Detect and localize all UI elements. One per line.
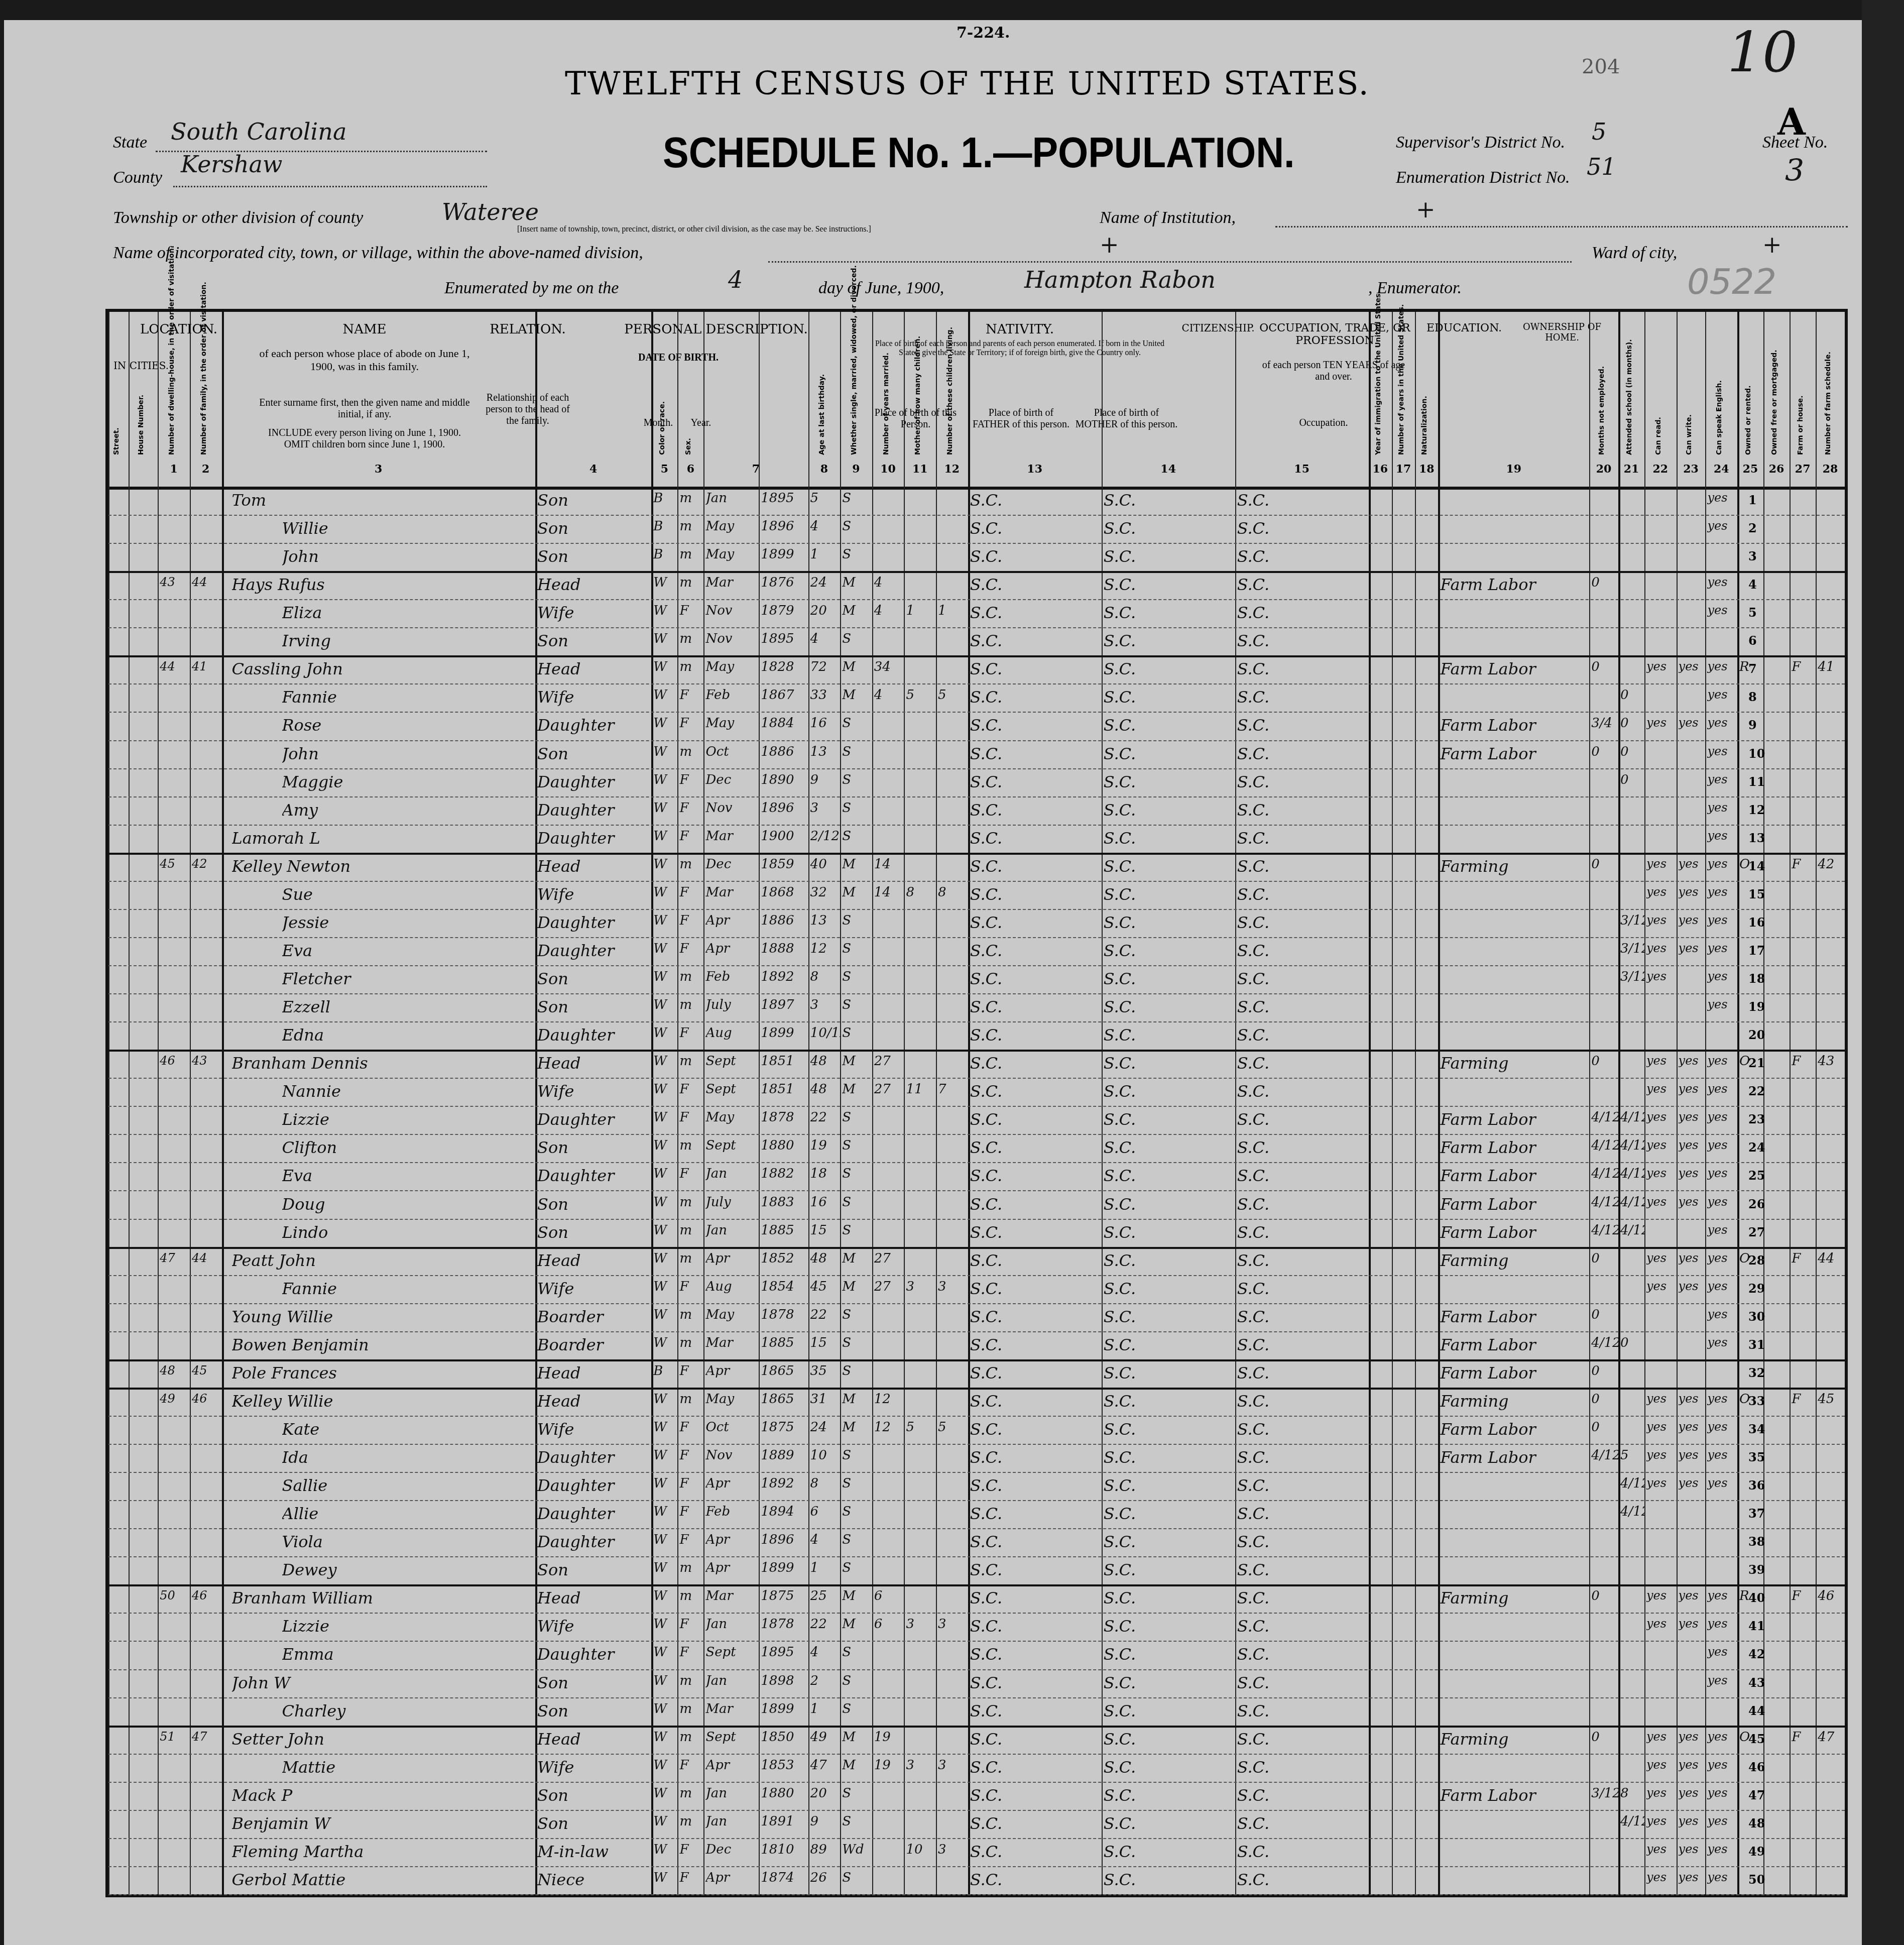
institution-line xyxy=(1275,226,1848,227)
cell-pob: S.C. xyxy=(970,1476,1102,1495)
institution-value: + xyxy=(1416,196,1436,223)
line-number: 29 xyxy=(1748,1281,1765,1296)
cell-month: Mar xyxy=(705,575,759,590)
cell-rel: Boarder xyxy=(537,1307,651,1326)
cell-name: Willie xyxy=(282,519,536,538)
cell-sch: 3/12 xyxy=(1620,941,1644,956)
occupation-description: of each person TEN YEARS of age and over… xyxy=(1258,360,1409,383)
cell-pob: S.C. xyxy=(970,1870,1102,1889)
cell-mu: 4/12 xyxy=(1591,1138,1618,1153)
cell-sch: 4/12 xyxy=(1620,1814,1644,1829)
table-row: Young WillieBoarderWmMay187822SS.C.S.C.S… xyxy=(108,1303,1845,1332)
cell-pobm: S.C. xyxy=(1237,744,1369,763)
cell-pobm: S.C. xyxy=(1237,1279,1369,1298)
cell-occ: Farm Labor xyxy=(1440,659,1589,678)
cell-sch: 0 xyxy=(1620,1335,1644,1350)
cell-month: May xyxy=(705,1110,759,1125)
table-row: RoseDaughterWFMay188416SS.C.S.C.S.C.Farm… xyxy=(108,712,1845,741)
table-row: JessieDaughterWFApr188613SS.C.S.C.S.C.3/… xyxy=(108,909,1845,938)
cell-name: Maggie xyxy=(282,772,536,791)
cell-mar: S xyxy=(842,1504,872,1519)
cell-pobm: S.C. xyxy=(1237,1082,1369,1101)
cell-mar: M xyxy=(842,1279,872,1294)
cell-sch: 4/12 xyxy=(1620,1476,1644,1491)
cell-pobm: S.C. xyxy=(1237,1363,1369,1383)
cell-mar: S xyxy=(842,1335,872,1350)
cell-pob: S.C. xyxy=(970,772,1102,791)
cell-color: W xyxy=(653,575,677,590)
cell-name: Pole Frances xyxy=(232,1363,536,1383)
cell-rel: Son xyxy=(537,1138,651,1157)
table-row: FannieWifeWFAug185445M2733S.C.S.C.S.C.ye… xyxy=(108,1275,1845,1304)
cell-sex: m xyxy=(679,575,703,590)
cell-sch: 3/12 xyxy=(1620,913,1644,928)
cell-name: Jessie xyxy=(282,913,536,932)
cell-age: 15 xyxy=(810,1223,841,1238)
cell-age: 9 xyxy=(810,1814,841,1829)
column-number: 9 xyxy=(840,463,872,476)
cell-ym: 19 xyxy=(874,1730,904,1745)
cell-mc: 8 xyxy=(906,885,936,900)
cell-month: Sept xyxy=(705,1645,759,1660)
cell-pob: S.C. xyxy=(970,1335,1102,1354)
cell-write: yes xyxy=(1679,1476,1706,1490)
cell-mu: 0 xyxy=(1591,857,1618,872)
cell-speak: yes xyxy=(1707,1645,1737,1659)
cell-fam: 45 xyxy=(192,1363,222,1378)
cell-name: Lamorah L xyxy=(232,829,536,848)
cell-speak: yes xyxy=(1707,1138,1737,1152)
cell-color: W xyxy=(653,1223,677,1238)
cell-read: yes xyxy=(1646,1054,1677,1068)
cell-mar: M xyxy=(842,1082,872,1097)
cell-speak: yes xyxy=(1707,772,1737,786)
cell-write: yes xyxy=(1679,1588,1706,1603)
cell-pobm: S.C. xyxy=(1237,1758,1369,1777)
cell-age: 22 xyxy=(810,1307,841,1322)
cell-pobm: S.C. xyxy=(1237,575,1369,594)
cell-month: Apr xyxy=(705,1870,759,1885)
cell-speak: yes xyxy=(1707,688,1737,702)
cell-month: Nov xyxy=(705,631,759,646)
township-note: [Insert name of township, town, precinct… xyxy=(517,225,871,234)
line-number: 1 xyxy=(1748,493,1757,507)
cell-age: 5 xyxy=(810,491,841,506)
column-number: 21 xyxy=(1618,463,1644,476)
cell-pob: S.C. xyxy=(970,1786,1102,1805)
cell-month: Apr xyxy=(705,1532,759,1547)
cell-sex: m xyxy=(679,519,703,534)
cell-speak: yes xyxy=(1707,716,1737,730)
cell-sex: m xyxy=(679,1223,703,1238)
line-number: 14 xyxy=(1748,859,1765,873)
cell-year: 1899 xyxy=(761,1025,808,1041)
cell-age: 6 xyxy=(810,1504,841,1519)
cell-month: Jan xyxy=(705,491,759,506)
cell-month: Dec xyxy=(705,772,759,787)
cell-speak: yes xyxy=(1707,1814,1737,1828)
cell-cl: 7 xyxy=(938,1082,968,1097)
cell-pob: S.C. xyxy=(970,688,1102,707)
cell-mar: M xyxy=(842,1730,872,1745)
cell-year: 1888 xyxy=(761,941,808,956)
cell-color: W xyxy=(653,688,677,703)
vertical-header-color: Color or race. xyxy=(658,360,666,455)
cell-fam: 44 xyxy=(192,575,222,589)
table-row: AllieDaughterWFFeb18946SS.C.S.C.S.C.4/12 xyxy=(108,1500,1845,1529)
cell-write: yes xyxy=(1679,1758,1706,1772)
cell-sex: m xyxy=(679,491,703,506)
cell-sch: 3/12 xyxy=(1620,969,1644,984)
cell-pobm: S.C. xyxy=(1237,688,1369,707)
cell-rel: Son xyxy=(537,519,651,538)
cell-name: Branham William xyxy=(232,1588,536,1608)
cell-farm: F xyxy=(1792,1730,1816,1745)
institution-label: Name of Institution, xyxy=(1100,208,1236,227)
cell-pob: S.C. xyxy=(970,800,1102,820)
state-label: State xyxy=(113,133,147,152)
cell-pob: S.C. xyxy=(970,491,1102,510)
line-number: 9 xyxy=(1748,718,1757,732)
column-number: 4 xyxy=(535,463,651,476)
cell-name: Fannie xyxy=(282,1279,536,1298)
cell-rel: Daughter xyxy=(537,1532,651,1551)
line-number: 24 xyxy=(1748,1140,1765,1155)
cell-pob: S.C. xyxy=(970,519,1102,538)
cell-pobf: S.C. xyxy=(1104,1363,1235,1383)
vertical-header-speak: Can speak English. xyxy=(1715,360,1723,455)
line-number: 49 xyxy=(1748,1844,1765,1859)
line-number: 46 xyxy=(1748,1760,1765,1774)
cell-mu: 4/12 xyxy=(1591,1195,1618,1210)
cell-speak: yes xyxy=(1707,1617,1737,1631)
cell-write: yes xyxy=(1679,1166,1706,1180)
cell-month: Mar xyxy=(705,1588,759,1604)
cell-cl: 3 xyxy=(938,1279,968,1294)
cell-age: 89 xyxy=(810,1842,841,1857)
cell-year: 1899 xyxy=(761,1701,808,1717)
cell-speak: yes xyxy=(1707,1786,1737,1800)
cell-age: 24 xyxy=(810,575,841,590)
cell-pob: S.C. xyxy=(970,631,1102,650)
cell-year: 1867 xyxy=(761,688,808,703)
cell-pobm: S.C. xyxy=(1237,491,1369,510)
cell-mar: S xyxy=(842,744,872,759)
column-number: 16 xyxy=(1369,463,1392,476)
cell-name: John xyxy=(282,547,536,566)
cell-age: 4 xyxy=(810,631,841,646)
cell-sex: F xyxy=(679,1758,703,1773)
cell-dw: 47 xyxy=(160,1251,190,1265)
cell-pobm: S.C. xyxy=(1237,941,1369,960)
cell-occ: Farm Labor xyxy=(1440,1110,1589,1129)
cell-year: 1886 xyxy=(761,744,808,759)
cell-write: yes xyxy=(1679,716,1706,730)
nativity-header: NATIVITY. xyxy=(862,322,1178,337)
cell-name: Clifton xyxy=(282,1138,536,1157)
cell-cl: 8 xyxy=(938,885,968,900)
cell-mar: S xyxy=(842,772,872,787)
cell-read: yes xyxy=(1646,1082,1677,1096)
cell-pobf: S.C. xyxy=(1104,547,1235,566)
cell-age: 10 xyxy=(810,1448,841,1463)
cell-speak: yes xyxy=(1707,1054,1737,1068)
cell-pobf: S.C. xyxy=(1104,1617,1235,1636)
cell-rel: Daughter xyxy=(537,1476,651,1495)
cell-name: Kate xyxy=(282,1420,536,1439)
cell-year: 1899 xyxy=(761,1560,808,1575)
cell-pobf: S.C. xyxy=(1104,1251,1235,1270)
cell-rel: M-in-law xyxy=(537,1842,651,1861)
cell-mar: M xyxy=(842,1392,872,1407)
cell-sched: 43 xyxy=(1818,1054,1845,1069)
cell-age: 22 xyxy=(810,1617,841,1632)
cell-pob: S.C. xyxy=(970,547,1102,566)
cell-color: W xyxy=(653,857,677,872)
cell-year: 1885 xyxy=(761,1223,808,1238)
cell-rel: Head xyxy=(537,1730,651,1749)
table-row: 4441Cassling JohnHeadWmMay182872M34S.C.S… xyxy=(108,655,1845,684)
cell-speak: yes xyxy=(1707,1223,1737,1237)
cell-rel: Son xyxy=(537,491,651,510)
cell-year: 1852 xyxy=(761,1251,808,1266)
line-number: 26 xyxy=(1748,1197,1765,1211)
cell-ym: 4 xyxy=(874,603,904,618)
cell-pobm: S.C. xyxy=(1237,519,1369,538)
cell-sex: m xyxy=(679,1786,703,1801)
cell-age: 47 xyxy=(810,1758,841,1773)
vertical-header-street: Street. xyxy=(112,360,121,455)
cell-fam: 47 xyxy=(192,1730,222,1744)
relation-header: RELATION. xyxy=(480,322,575,337)
cell-month: Aug xyxy=(705,1025,759,1041)
line-number: 42 xyxy=(1748,1647,1765,1661)
cell-mar: M xyxy=(842,575,872,590)
line-number: 33 xyxy=(1748,1394,1765,1408)
cell-mu: 3/4 xyxy=(1591,716,1618,731)
table-row: John WSonWmJan18982SS.C.S.C.S.C.yes xyxy=(108,1669,1845,1698)
cell-cl: 3 xyxy=(938,1842,968,1857)
cell-name: Nannie xyxy=(282,1082,536,1101)
cell-mu: 0 xyxy=(1591,744,1618,759)
cell-pobf: S.C. xyxy=(1104,1420,1235,1439)
cell-pobf: S.C. xyxy=(1104,772,1235,791)
cell-color: W xyxy=(653,1645,677,1660)
cell-dw: 50 xyxy=(160,1588,190,1603)
cell-age: 4 xyxy=(810,1645,841,1660)
cell-pob: S.C. xyxy=(970,1392,1102,1411)
line-number: 47 xyxy=(1748,1788,1765,1802)
cell-mc: 1 xyxy=(906,603,936,618)
cell-pobm: S.C. xyxy=(1237,603,1369,622)
cell-color: W xyxy=(653,1251,677,1266)
cell-read: yes xyxy=(1646,659,1677,673)
cell-rel: Daughter xyxy=(537,1166,651,1185)
column-number: 28 xyxy=(1816,463,1845,476)
cell-pobm: S.C. xyxy=(1237,1110,1369,1129)
line-number: 41 xyxy=(1748,1619,1765,1633)
cell-age: 4 xyxy=(810,1532,841,1547)
cell-sch: 0 xyxy=(1620,772,1644,787)
cell-sex: m xyxy=(679,1138,703,1153)
cell-sex: m xyxy=(679,1560,703,1575)
cell-month: May xyxy=(705,519,759,534)
cell-year: 1828 xyxy=(761,659,808,674)
cell-rel: Daughter xyxy=(537,1110,651,1129)
sheet-label: Sheet No. xyxy=(1762,133,1828,152)
cell-occ: Farm Labor xyxy=(1440,1448,1589,1467)
cell-sex: F xyxy=(679,1166,703,1181)
cell-name: Lindo xyxy=(282,1223,536,1242)
cell-name: Doug xyxy=(282,1195,536,1214)
line-number: 39 xyxy=(1748,1562,1765,1577)
cell-pob: S.C. xyxy=(970,1532,1102,1551)
vertical-header-write: Can write. xyxy=(1685,360,1693,455)
cell-read: yes xyxy=(1646,1842,1677,1856)
cell-month: May xyxy=(705,1392,759,1407)
cell-color: W xyxy=(653,1082,677,1097)
cell-month: Oct xyxy=(705,1420,759,1435)
cell-sch: 4/12 xyxy=(1620,1110,1644,1125)
cell-sch: 4/12 xyxy=(1620,1223,1644,1238)
cell-occ: Farm Labor xyxy=(1440,1307,1589,1326)
table-row: DougSonWmJuly188316SS.C.S.C.S.C.Farm Lab… xyxy=(108,1191,1845,1220)
cell-sex: m xyxy=(679,997,703,1012)
cell-mar: S xyxy=(842,1110,872,1125)
cell-age: 48 xyxy=(810,1082,841,1097)
reel-number: 0522 xyxy=(1687,261,1776,302)
column-number: 1 xyxy=(158,463,190,476)
cell-ym: 6 xyxy=(874,1588,904,1604)
cell-name: Peatt John xyxy=(232,1251,536,1270)
cell-mar: M xyxy=(842,688,872,703)
township-value: Wateree xyxy=(442,198,539,225)
cell-mu: 0 xyxy=(1591,575,1618,590)
cell-mu: 0 xyxy=(1591,1392,1618,1407)
cell-name: John xyxy=(282,744,536,763)
cell-occ: Farm Labor xyxy=(1440,1138,1589,1157)
cell-year: 1880 xyxy=(761,1138,808,1153)
cell-name: Irving xyxy=(282,631,536,650)
cell-sex: m xyxy=(679,547,703,562)
cell-rel: Son xyxy=(537,1560,651,1579)
cell-year: 1890 xyxy=(761,772,808,787)
line-number: 10 xyxy=(1748,746,1765,761)
table-row: Mack PSonWmJan188020SS.C.S.C.S.C.Farm La… xyxy=(108,1782,1845,1811)
cell-pob: S.C. xyxy=(970,997,1102,1016)
cell-age: 13 xyxy=(810,744,841,759)
cell-speak: yes xyxy=(1707,603,1737,617)
cell-year: 1879 xyxy=(761,603,808,618)
cell-month: Apr xyxy=(705,913,759,928)
table-row: SueWifeWFMar186832M1488S.C.S.C.S.C.yesye… xyxy=(108,881,1845,910)
cell-pobf: S.C. xyxy=(1104,913,1235,932)
cell-pob: S.C. xyxy=(970,1082,1102,1101)
cell-age: 4 xyxy=(810,519,841,534)
cell-rel: Wife xyxy=(537,688,651,707)
cell-month: Jan xyxy=(705,1814,759,1829)
cell-pobf: S.C. xyxy=(1104,1307,1235,1326)
cell-age: 31 xyxy=(810,1392,841,1407)
cell-pob: S.C. xyxy=(970,1645,1102,1664)
cell-pobf: S.C. xyxy=(1104,1223,1235,1242)
cell-occ: Farm Labor xyxy=(1440,1223,1589,1242)
cell-dw: 49 xyxy=(160,1392,190,1406)
cell-name: Mack P xyxy=(232,1786,536,1805)
cell-month: May xyxy=(705,716,759,731)
cell-sex: m xyxy=(679,1673,703,1688)
cell-mar: M xyxy=(842,659,872,674)
cell-sex: m xyxy=(679,1392,703,1407)
cell-write: yes xyxy=(1679,1617,1706,1631)
cell-sex: m xyxy=(679,631,703,646)
cell-month: Mar xyxy=(705,1335,759,1350)
cell-mu: 0 xyxy=(1591,1730,1618,1745)
line-number: 43 xyxy=(1748,1675,1765,1690)
cell-pob: S.C. xyxy=(970,1701,1102,1721)
cell-pobm: S.C. xyxy=(1237,829,1369,848)
cell-age: 19 xyxy=(810,1138,841,1153)
cell-pob: S.C. xyxy=(970,913,1102,932)
enumeration-value: 51 xyxy=(1587,153,1616,180)
cell-color: W xyxy=(653,1476,677,1491)
cell-mar: S xyxy=(842,716,872,731)
stamp-number: 204 xyxy=(1582,55,1620,78)
cell-write: yes xyxy=(1679,1870,1706,1884)
cell-occ: Farm Labor xyxy=(1440,1420,1589,1439)
cell-ym: 27 xyxy=(874,1251,904,1266)
cell-age: 24 xyxy=(810,1420,841,1435)
cell-pobm: S.C. xyxy=(1237,631,1369,650)
cell-year: 1851 xyxy=(761,1054,808,1069)
cell-month: Dec xyxy=(705,1842,759,1857)
cell-pobm: S.C. xyxy=(1237,1842,1369,1861)
cell-fam: 46 xyxy=(192,1392,222,1406)
cell-name: Bowen Benjamin xyxy=(232,1335,536,1354)
cell-year: 1899 xyxy=(761,547,808,562)
cell-fam: 44 xyxy=(192,1251,222,1265)
cell-pobm: S.C. xyxy=(1237,1392,1369,1411)
cell-ym: 4 xyxy=(874,688,904,703)
cell-pobf: S.C. xyxy=(1104,1082,1235,1101)
cell-occ: Farm Labor xyxy=(1440,716,1589,735)
cell-speak: yes xyxy=(1707,744,1737,758)
cell-mar: S xyxy=(842,941,872,956)
cell-pob: S.C. xyxy=(970,941,1102,960)
table-row: LizzieDaughterWFMay187822SS.C.S.C.S.C.Fa… xyxy=(108,1106,1845,1135)
cell-pobm: S.C. xyxy=(1237,1335,1369,1354)
cell-rel: Daughter xyxy=(537,716,651,735)
cell-pobf: S.C. xyxy=(1104,969,1235,988)
cell-color: W xyxy=(653,1279,677,1294)
cell-color: W xyxy=(653,1560,677,1575)
cell-month: May xyxy=(705,659,759,674)
line-number: 7 xyxy=(1748,661,1757,676)
cell-color: W xyxy=(653,1420,677,1435)
cell-mc: 11 xyxy=(906,1082,936,1097)
column-number: 7 xyxy=(703,463,808,476)
cell-month: Feb xyxy=(705,969,759,984)
cell-speak: yes xyxy=(1707,997,1737,1011)
cell-name: Sue xyxy=(282,885,536,904)
cell-ym: 14 xyxy=(874,857,904,872)
cell-pobm: S.C. xyxy=(1237,1476,1369,1495)
cell-mar: M xyxy=(842,603,872,618)
cell-pobm: S.C. xyxy=(1237,997,1369,1016)
cell-color: B xyxy=(653,491,677,506)
cell-read: yes xyxy=(1646,1251,1677,1265)
cell-pobf: S.C. xyxy=(1104,941,1235,960)
